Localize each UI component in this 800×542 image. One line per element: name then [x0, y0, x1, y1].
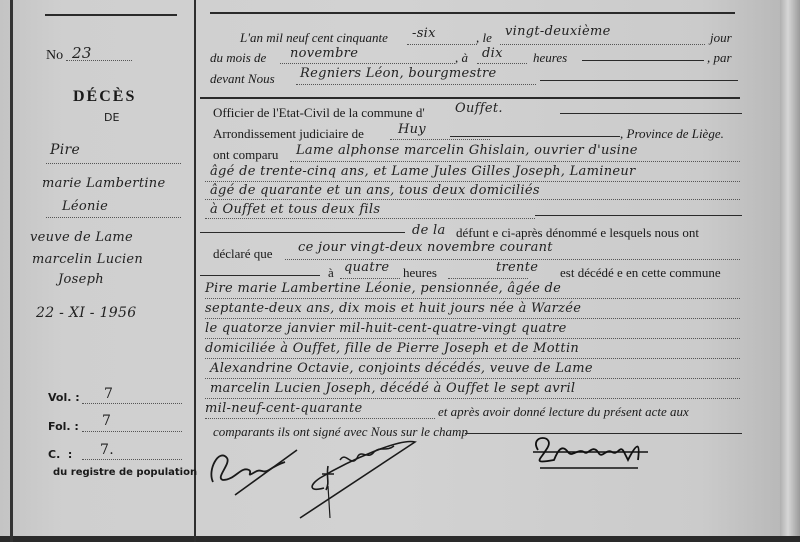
given-names-line: [46, 217, 181, 218]
top-rule-right: [210, 12, 735, 14]
death-hour-line: [340, 278, 400, 279]
fol-line: [82, 431, 182, 432]
signature-lame-2: [290, 430, 420, 520]
form-month-prefix: du mois de: [210, 50, 266, 66]
defunt-rule: [200, 232, 405, 233]
year-line: [407, 44, 477, 45]
body-line-4-rule: [205, 358, 740, 359]
arrondissement-rule: [450, 136, 620, 137]
number-label: No: [46, 48, 63, 64]
body-line-1-rule: [205, 298, 740, 299]
form-par: , par: [707, 50, 732, 66]
declaration-date: ce jour vingt-deux novembre courant: [298, 240, 553, 255]
spouse-line-1: veuve de Lame: [30, 230, 133, 245]
comparu-line-2: [205, 181, 740, 182]
vol-value: 7: [104, 386, 113, 402]
body-line-7: mil-neuf-cent-quarante: [205, 401, 362, 416]
form-year-prefix: L'an mil neuf cent cinquante: [240, 30, 388, 46]
commune-rule: [560, 113, 742, 114]
page-edge: [780, 0, 800, 542]
page-bottom-edge: [0, 536, 800, 542]
body-line-3-rule: [205, 338, 740, 339]
act-number: 23: [72, 44, 92, 62]
arrondissement-line: [390, 139, 490, 140]
death-minutes: trente: [496, 260, 538, 275]
hour-line: [477, 63, 527, 64]
deceased-given-names: marie Lambertine: [42, 176, 165, 191]
c-line: [82, 459, 182, 460]
officer-line: [296, 84, 536, 85]
form-ont-comparu: ont comparu: [213, 147, 278, 163]
body-line-6-rule: [205, 398, 740, 399]
form-declare-que: déclaré que: [213, 246, 273, 262]
form-time-heures: heures: [403, 265, 437, 281]
section-rule: [200, 97, 740, 99]
form-devant-nous: devant Nous: [210, 71, 275, 87]
defunt-article: de la: [412, 223, 446, 238]
form-defunt-text: défunt e ci-après dénommé e lesquels nou…: [456, 225, 699, 241]
comparu-line-3: [205, 199, 740, 200]
body-line-6: marcelin Lucien Joseph, décédé à Ouffet …: [210, 381, 575, 396]
form-le: , le: [476, 30, 492, 46]
comparant-1: Lame alphonse marcelin Ghislain, ouvrier…: [296, 143, 638, 158]
spouse-line-2: marcelin Lucien: [32, 252, 143, 267]
c-label: C. :: [48, 448, 72, 461]
body-line-4: domiciliée à Ouffet, fille de Pierre Jos…: [205, 341, 579, 356]
deceased-given-name-2: Léonie: [62, 199, 108, 214]
fol-value: 7: [102, 413, 111, 429]
body-line-2-rule: [205, 318, 740, 319]
officer-rule: [540, 80, 738, 81]
comparu-line-4: [205, 218, 535, 219]
body-line-1: Pire marie Lambertine Léonie, pensionnée…: [205, 281, 561, 296]
day-line: [500, 44, 705, 45]
c-value: 7.: [100, 442, 114, 458]
form-jour: jour: [710, 30, 732, 46]
form-heures: heures: [533, 50, 567, 66]
surname-line: [46, 163, 181, 164]
title-de: DE: [104, 111, 119, 124]
month-line: [280, 63, 455, 64]
comparant-2: âgé de trente-cinq ans, et Lame Jules Gi…: [210, 164, 636, 179]
comparants-relation: à Ouffet et tous deux fils: [210, 202, 380, 217]
body-line-5-rule: [205, 378, 740, 379]
officer-name: Regniers Léon, bourgmestre: [300, 66, 497, 81]
form-a: , à: [455, 50, 468, 66]
registry-footer: du registre de population: [53, 467, 197, 478]
death-date: 22 - XI - 1956: [36, 305, 136, 321]
top-rule-left: [45, 14, 177, 16]
signature-officer: [488, 430, 668, 480]
vol-label: Vol. :: [48, 391, 80, 404]
body-line-2: septante-deux ans, dix mois et huit jour…: [205, 301, 581, 316]
time-rule: [200, 275, 320, 276]
death-hour: quatre: [344, 260, 389, 275]
hour-value: dix: [482, 46, 503, 61]
minutes-line: [582, 60, 704, 61]
commune-value: Ouffet.: [455, 101, 503, 116]
comparants-age-domicile: âgé de quarante et un ans, tous deux dom…: [210, 183, 540, 198]
form-commune-prefix: Officier de l'Etat-Civil de la commune d…: [213, 105, 425, 121]
province: , Province de Liège.: [620, 126, 724, 142]
relation-rule: [535, 215, 742, 216]
body-line-7-rule: [205, 418, 435, 419]
column-divider: [194, 0, 196, 542]
year-value: -six: [412, 26, 436, 41]
comparu-line-1: [290, 161, 740, 162]
fol-label: Fol. :: [48, 420, 79, 433]
binding-margin-line: [10, 0, 13, 542]
day-value: vingt-deuxième: [505, 24, 611, 39]
body-line-5: Alexandrine Octavie, conjoints décédés, …: [210, 361, 593, 376]
death-minutes-line: [448, 278, 528, 279]
form-arrondissement-prefix: Arrondissement judiciaire de: [213, 126, 364, 142]
body-line-3: le quatorze janvier mil-huit-cent-quatre…: [205, 321, 567, 336]
document-title: DÉCÈS: [73, 88, 136, 106]
deceased-surname: Pire: [50, 142, 80, 158]
form-time-a: à: [328, 265, 334, 281]
form-after-lecture: et après avoir donné lecture du présent …: [438, 404, 689, 420]
month-value: novembre: [290, 46, 358, 61]
spouse-line-3: Joseph: [58, 272, 104, 287]
vol-line: [82, 403, 182, 404]
arrondissement-value: Huy: [398, 122, 426, 137]
form-deceased-commune: est décédé e en cette commune: [560, 265, 721, 281]
